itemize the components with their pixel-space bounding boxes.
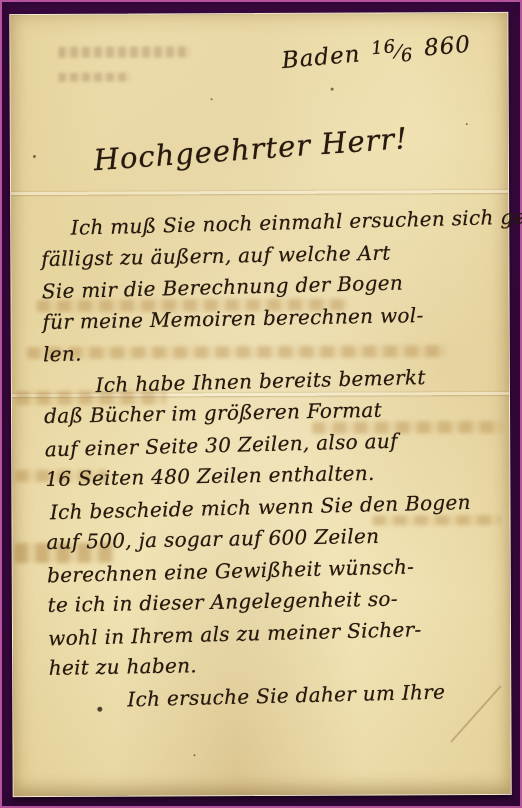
dateline-place: Baden xyxy=(281,41,362,74)
letter-paragraph: Ich bescheide mich wenn Sie den Bogenauf… xyxy=(46,487,505,684)
dateline: Baden 16⁄6 860 xyxy=(281,32,472,75)
dateline-day: 16 xyxy=(370,36,397,59)
letter-paragraph: Ich habe Ihnen bereits bemerktdaß Bücher… xyxy=(43,361,501,495)
scanned-letter-screenshot: { "letter": { "dateline": { "place": "Ba… xyxy=(0,0,522,808)
dateline-month: 6 xyxy=(400,45,414,67)
salutation: Hochgeehrter Herr! xyxy=(93,121,409,177)
letter-body: Ich muß Sie noch einmahl ersuchen sich g… xyxy=(40,204,505,716)
dateline-date-fraction: 16⁄6 xyxy=(371,41,414,66)
dateline-year: 860 xyxy=(423,32,472,62)
handwriting-layer: Baden 16⁄6 860 Hochgeehrter Herr! Ich mu… xyxy=(5,10,516,800)
letter-paragraph: Ich muß Sie noch einmahl ersuchen sich g… xyxy=(40,204,499,370)
letter-page: Baden 16⁄6 860 Hochgeehrter Herr! Ich mu… xyxy=(9,12,511,797)
